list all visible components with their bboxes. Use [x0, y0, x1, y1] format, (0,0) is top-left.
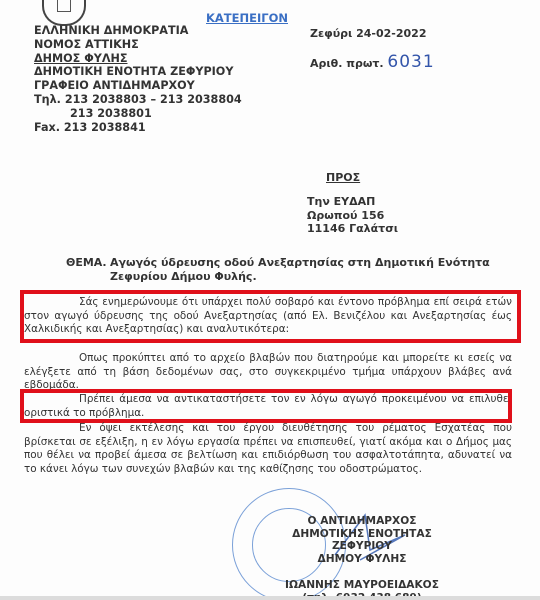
recipient-line: Ωρωπού 156	[307, 209, 398, 223]
letterhead-phone: Τηλ. 213 2038803 – 213 2038804	[34, 93, 242, 107]
subject: ΘΕΜΑ.Αγωγός ύδρευσης οδού Ανεξαρτησίας σ…	[66, 256, 490, 284]
subject-text: Αγωγός ύδρευσης οδού Ανεξαρτησίας στη Δη…	[110, 256, 490, 269]
signature-title: ΔΗΜΟΤΙΚΗΣ ΕΝΟΤΗΤΑΣ ΖΕΦΥΡΙΟΥ	[262, 528, 462, 553]
recipient-line: Την ΕΥΔΑΠ	[307, 195, 398, 209]
coat-of-arms-icon	[42, 0, 86, 26]
letterhead: ΕΛΛΗΝΙΚΗ ΔΗΜΟΚΡΑΤΙΑ ΝΟΜΟΣ ΑΤΤΙΚΗΣ ΔΗΜΟΣ …	[34, 24, 242, 134]
highlight-box-1	[20, 290, 521, 343]
paragraph-2: Οπως προκύπτει από το αρχείο βλαβών που …	[24, 352, 512, 393]
subject-label: ΘΕΜΑ.	[66, 256, 110, 270]
date-line: Ζεφύρι 24-02-2022	[310, 27, 426, 40]
highlight-box-2	[20, 389, 512, 423]
protocol-label: Αριθ. πρωτ.	[310, 57, 384, 70]
paragraph-4-text: Εν όψει εκτέλεσης και του έργου διευθέτη…	[24, 422, 512, 475]
signature-title: Ο ΑΝΤΙΔΗΜΑΡΧΟΣ	[262, 515, 462, 528]
letterhead-line: ΝΟΜΟΣ ΑΤΤΙΚΗΣ	[34, 38, 242, 52]
letterhead-line: ΔΗΜΟΤΙΚΗ ΕΝΟΤΗΤΑ ΖΕΦΥΡΙΟΥ	[34, 65, 242, 79]
recipient-address: Την ΕΥΔΑΠ Ωρωπού 156 11146 Γαλάτσι	[307, 195, 398, 236]
recipient-line: 11146 Γαλάτσι	[307, 222, 398, 236]
letterhead-phone2: 213 2038801	[34, 107, 242, 121]
protocol-number: Αριθ. πρωτ. 6031	[310, 52, 435, 72]
signatory-name: ΙΩΑΝΝΗΣ ΜΑΥΡΟΕΙΔΑΚΟΣ	[262, 579, 462, 592]
protocol-handwritten-number: 6031	[387, 52, 434, 72]
paragraph-4: Εν όψει εκτέλεσης και του έργου διευθέτη…	[24, 422, 512, 476]
recipient-heading: ΠΡΟΣ	[326, 171, 360, 184]
subject-text-line2: Ζεφυρίου Δήμου Φυλής.	[66, 270, 490, 284]
letterhead-line: ΓΡΑΦΕΙΟ ΑΝΤΙΔΗΜΑΡΧΟΥ	[34, 79, 242, 93]
letterhead-line: ΕΛΛΗΝΙΚΗ ΔΗΜΟΚΡΑΤΙΑ	[34, 24, 242, 38]
letterhead-municipality: ΔΗΜΟΣ ΦΥΛΗΣ	[34, 52, 242, 66]
signature-block: Ο ΑΝΤΙΔΗΜΑΡΧΟΣ ΔΗΜΟΤΙΚΗΣ ΕΝΟΤΗΤΑΣ ΖΕΦΥΡΙ…	[262, 515, 462, 600]
urgent-label: ΚΑΤΕΠΕΙΓΟΝ	[206, 11, 288, 25]
paragraph-2-text: Οπως προκύπτει από το αρχείο βλαβών που …	[24, 352, 512, 391]
letterhead-fax: Fax. 213 2038841	[34, 121, 242, 135]
page-bottom-edge	[0, 596, 540, 600]
signature-title: ΔΗΜΟΥ ΦΥΛΗΣ	[262, 553, 462, 566]
